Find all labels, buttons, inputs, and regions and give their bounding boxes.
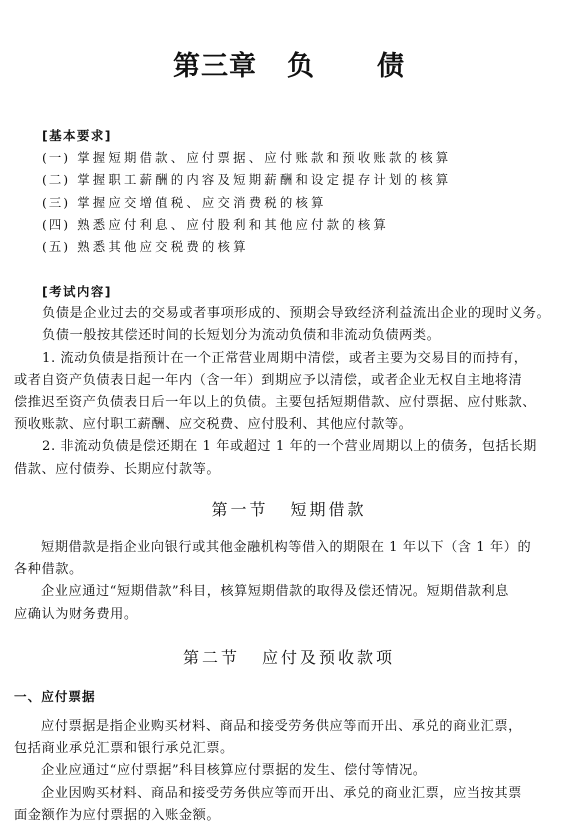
paragraph-line: 短期借款是指企业向银行或其他金融机构等借入的期限在 1 年以下（含 1 年）的 <box>14 537 540 559</box>
requirement-number: (五) <box>42 239 70 254</box>
exam-content-heading: [考试内容] <box>42 281 568 303</box>
section-2-number: 第二节 <box>183 648 240 667</box>
section-2-title: 第二节应付及预收款项 <box>0 645 578 668</box>
section-1-name: 短期借款 <box>291 500 367 519</box>
chapter-title-part2: 债 <box>377 44 405 83</box>
requirement-item: (二) 掌握职工薪酬的内容及短期薪酬和设定提存计划的核算 <box>42 169 568 191</box>
paragraph-line: 偿推迟至资产负债表日后一年以上的负债。主要包括短期借款、应付票据、应付账款、 <box>14 392 568 414</box>
exam-content-section: [考试内容] 负债是企业过去的交易或者事项形成的、预期会导致经济利益流出企业的现… <box>42 281 568 481</box>
requirement-text: 熟悉应付利息、应付股利和其他应付款的核算 <box>77 217 389 232</box>
document-page: 第三章负债 [基本要求] (一) 掌握短期借款、应付票据、应付账款和预收账款的核… <box>0 0 578 831</box>
requirement-text: 掌握职工薪酬的内容及短期薪酬和设定提存计划的核算 <box>77 172 451 187</box>
section-2-name: 应付及预收款项 <box>262 648 395 667</box>
section-1-number: 第一节 <box>211 500 268 519</box>
subheading-notes-payable: 一、应付票据 <box>14 686 96 705</box>
requirement-text: 掌握短期借款、应付票据、应付账款和预收账款的核算 <box>77 150 451 165</box>
paragraph-line: 企业因购买材料、商品和接受劳务供应等而开出、承兑的商业汇票，应当按其票 <box>14 783 540 805</box>
paragraph-line: 预收账款、应付职工薪酬、应交税费、应付股利、其他应付款等。 <box>14 414 568 436</box>
paragraph-line: 企业应通过“短期借款”科目，核算短期借款的取得及偿还情况。短期借款利息 <box>14 581 540 603</box>
chapter-title-part1: 负 <box>287 44 315 83</box>
section-1-body: 短期借款是指企业向银行或其他金融机构等借入的期限在 1 年以下（含 1 年）的 … <box>14 537 540 626</box>
requirement-text: 熟悉其他应交税费的核算 <box>77 239 249 254</box>
paragraph-line: 企业应通过“应付票据”科目核算应付票据的发生、偿付等情况。 <box>14 760 540 782</box>
paragraph-line: 面金额作为应付票据的入账金额。 <box>14 805 540 827</box>
requirement-item: (五) 熟悉其他应交税费的核算 <box>42 236 568 258</box>
section-1-title: 第一节短期借款 <box>0 497 578 520</box>
chapter-title: 第三章负债 <box>0 44 578 83</box>
chapter-number: 第三章 <box>173 44 257 83</box>
paragraph-line: 负债是企业过去的交易或者事项形成的、预期会导致经济利益流出企业的现时义务。 <box>42 303 568 325</box>
paragraph-line: 1. 流动负债是指预计在一个正常营业周期中清偿，或者主要为交易目的而持有， <box>0 348 568 370</box>
requirement-number: (一) <box>42 150 70 165</box>
requirement-item: (四) 熟悉应付利息、应付股利和其他应付款的核算 <box>42 214 568 236</box>
requirement-number: (三) <box>42 195 70 210</box>
paragraph-line: 应付票据是指企业购买材料、商品和接受劳务供应等而开出、承兑的商业汇票， <box>14 716 540 738</box>
paragraph-line: 各种借款。 <box>14 559 540 581</box>
requirement-item: (一) 掌握短期借款、应付票据、应付账款和预收账款的核算 <box>42 147 568 169</box>
section-2-body: 应付票据是指企业购买材料、商品和接受劳务供应等而开出、承兑的商业汇票， 包括商业… <box>14 716 540 827</box>
requirement-number: (二) <box>42 172 70 187</box>
paragraph-line: 或者自资产负债表日起一年内（含一年）到期应予以清偿，或者企业无权自主地将清 <box>14 370 568 392</box>
requirement-text: 掌握应交增值税、应交消费税的核算 <box>77 195 326 210</box>
paragraph-line: 包括商业承兑汇票和银行承兑汇票。 <box>14 738 540 760</box>
paragraph-line: 借款、应付债券、长期应付款等。 <box>14 459 568 481</box>
requirement-number: (四) <box>42 217 70 232</box>
basic-requirements-section: [基本要求] (一) 掌握短期借款、应付票据、应付账款和预收账款的核算 (二) … <box>42 125 568 258</box>
paragraph-line: 2. 非流动负债是偿还期在 1 年或超过 1 年的一个营业周期以上的债务，包括长… <box>0 436 568 458</box>
paragraph-line: 负债一般按其偿还时间的长短划分为流动负债和非流动负债两类。 <box>42 325 568 347</box>
requirement-item: (三) 掌握应交增值税、应交消费税的核算 <box>42 192 568 214</box>
paragraph-line: 应确认为财务费用。 <box>14 604 540 626</box>
basic-requirements-heading: [基本要求] <box>42 125 568 147</box>
